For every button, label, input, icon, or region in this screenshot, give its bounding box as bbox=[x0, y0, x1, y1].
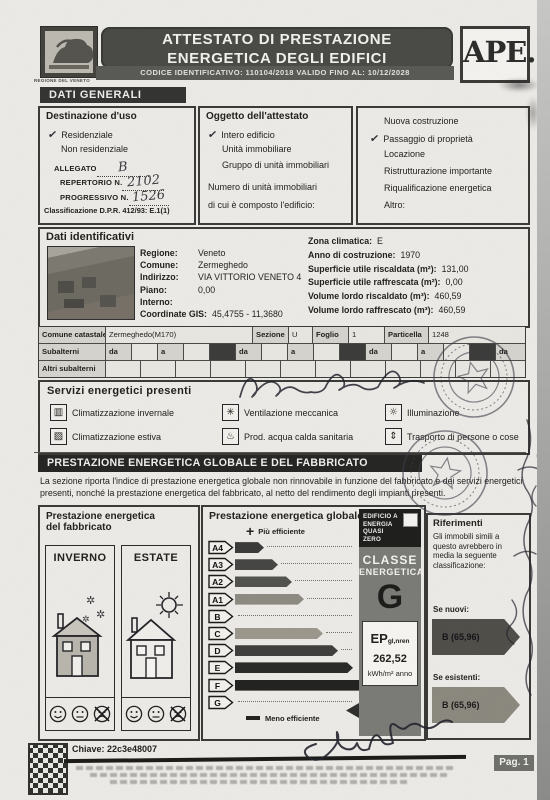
codice-identificativo-bar: CODICE IDENTIFICATIVO: 110104/2018 VALID… bbox=[96, 66, 454, 80]
scanner-background-edge bbox=[537, 0, 550, 800]
summer-rating-faces bbox=[122, 697, 190, 730]
numero-unita-line2: di cui è composto l'edificio: bbox=[208, 200, 315, 210]
ep-unit: kWh/m² anno bbox=[363, 669, 417, 678]
classe-value: G bbox=[359, 577, 421, 617]
service-item: ▨Climatizzazione estiva bbox=[50, 428, 161, 445]
panel-prestazione-fabbricato: Prestazione energetica del fabbricato IN… bbox=[38, 505, 200, 741]
class-bar bbox=[235, 662, 353, 673]
svg-text:E: E bbox=[215, 663, 221, 673]
neutral-face-icon bbox=[146, 704, 166, 724]
svg-text:F: F bbox=[215, 681, 220, 691]
svg-text:A3: A3 bbox=[212, 560, 223, 570]
class-row: A2 bbox=[208, 573, 356, 590]
bulb-icon: ☼ bbox=[385, 404, 402, 421]
fine-print-line bbox=[110, 780, 410, 784]
se-esistenti-label: Se esistenti: bbox=[433, 673, 480, 682]
sad-face-crossed-icon bbox=[168, 704, 188, 724]
field-row: Coordinate GIS:45,4755 - 11,3680 bbox=[140, 308, 308, 320]
building-photo bbox=[47, 246, 135, 320]
panel-title: Prestazione energetica del fabbricato bbox=[40, 507, 166, 533]
box-title: Oggetto dell'attestato bbox=[206, 111, 308, 122]
check-icon: ✓ bbox=[369, 131, 380, 145]
panel-riferimenti: Riferimenti Gli immobili simili a questo… bbox=[426, 513, 531, 740]
option-nuova-costruzione: Nuova costruzione bbox=[384, 116, 459, 126]
happy-face-icon bbox=[124, 704, 144, 724]
svg-text:G: G bbox=[214, 698, 221, 708]
field-row: Interno: bbox=[140, 296, 308, 308]
nzeb-label: EDIFICIO A ENERGIA QUASI ZERO bbox=[359, 509, 421, 547]
box-oggetto-attestato: Oggetto dell'attestato ✓Intero edificio … bbox=[198, 106, 353, 225]
box-servizi-energetici: Servizi energetici presenti ▥Climatizzaz… bbox=[38, 380, 530, 455]
ape-logo-text: APE. bbox=[463, 29, 527, 75]
ident-fields-right: Zona climatica:E Anno di costruzione:197… bbox=[308, 235, 524, 318]
catasto-table: Comune catastale Zermeghedo(M170) Sezion… bbox=[38, 326, 526, 378]
class-bar bbox=[235, 576, 292, 587]
inverno-label: INVERNO bbox=[46, 546, 114, 564]
neutral-face-icon bbox=[70, 704, 90, 724]
se-nuovi-label: Se nuovi: bbox=[433, 605, 469, 614]
plus-icon: + bbox=[246, 526, 254, 536]
svg-text:D: D bbox=[214, 646, 220, 656]
elevator-icon: ⇕ bbox=[385, 428, 402, 445]
energy-class-scale: +Più efficiente A4 A3 A2 A1 B C D E F G … bbox=[208, 524, 356, 723]
option-ristrutturazione: Ristrutturazione importante bbox=[384, 166, 492, 176]
table-row: Altri subalterni bbox=[39, 361, 525, 377]
panel-title: Riferimenti bbox=[428, 515, 529, 529]
service-item: ☼Illuminazione bbox=[385, 404, 460, 421]
option-riqualificazione: Riqualificazione energetica bbox=[384, 183, 492, 193]
field-row: Anno di costruzione:1970 bbox=[308, 249, 524, 263]
meno-efficiente-label: Meno efficiente bbox=[246, 714, 356, 723]
qr-code bbox=[28, 743, 68, 795]
class-row-current: G bbox=[208, 694, 356, 711]
section-dati-generali: DATI GENERALI bbox=[40, 87, 186, 103]
panel-prestazione-globale: Prestazione energetica globale +Più effi… bbox=[201, 505, 426, 741]
class-bar bbox=[235, 594, 304, 605]
piu-efficiente-label: +Più efficiente bbox=[246, 526, 356, 536]
ident-fields-left: Regione:Veneto Comune:Zermeghedo Indiriz… bbox=[140, 247, 308, 320]
svg-text:A4: A4 bbox=[212, 543, 223, 553]
option-intero-edificio: ✓Intero edificio bbox=[208, 128, 275, 141]
table-row: Comune catastale Zermeghedo(M170) Sezion… bbox=[39, 327, 525, 344]
field-row: Superficie utile raffrescata (m²):0,00 bbox=[308, 276, 524, 290]
field-row: Regione:Veneto bbox=[140, 247, 308, 259]
class-bar bbox=[235, 645, 338, 656]
se-nuovi-class-arrow: B (65,96) bbox=[432, 619, 520, 655]
ep-value-box: EPgl,nren 262,52 kWh/m² anno bbox=[362, 621, 418, 686]
class-row: A1 bbox=[208, 591, 356, 608]
option-unita-immobiliare: Unità immobiliare bbox=[222, 144, 292, 154]
winter-house-icon: ✲ ✲ ✲ bbox=[46, 578, 112, 688]
class-row: F bbox=[208, 677, 356, 694]
service-item: ⇕Trasporto di persone o cose bbox=[385, 428, 519, 445]
option-gruppo-unita: Gruppo di unità immobiliari bbox=[222, 160, 329, 170]
box-title: Destinazione d'uso bbox=[46, 111, 137, 122]
service-item: ♨Prod. acqua calda sanitaria bbox=[222, 428, 353, 445]
class-row: B bbox=[208, 608, 356, 625]
happy-face-icon bbox=[48, 704, 68, 724]
nzeb-checkbox bbox=[403, 513, 418, 527]
option-passaggio-proprieta: ✓Passaggio di proprietà bbox=[370, 132, 473, 145]
winter-rating-faces bbox=[46, 697, 114, 730]
ep-value: 262,52 bbox=[363, 653, 417, 665]
progressivo-handwritten-value: 1526 bbox=[132, 188, 166, 206]
class-bar bbox=[235, 628, 323, 639]
class-bar bbox=[235, 680, 366, 691]
class-row: D bbox=[208, 642, 356, 659]
field-row: Zona climatica:E bbox=[308, 235, 524, 249]
radiator-icon: ▥ bbox=[50, 404, 67, 421]
box-title: Dati identificativi bbox=[46, 231, 134, 243]
scan-smudge bbox=[498, 78, 540, 92]
svg-text:✲: ✲ bbox=[86, 594, 95, 607]
inverno-box: INVERNO ✲ ✲ ✲ bbox=[45, 545, 115, 731]
fine-print-line bbox=[90, 773, 450, 777]
field-row: Piano:0,00 bbox=[140, 284, 308, 296]
service-item: ✳Ventilazione meccanica bbox=[222, 404, 338, 421]
fine-print-line bbox=[76, 766, 456, 770]
svg-text:C: C bbox=[214, 629, 220, 639]
service-item: ▥Climatizzazione invernale bbox=[50, 404, 174, 421]
check-icon: ✓ bbox=[207, 127, 218, 141]
svg-text:A1: A1 bbox=[212, 595, 223, 605]
svg-text:✲: ✲ bbox=[96, 608, 105, 621]
class-result-column: EDIFICIO A ENERGIA QUASI ZERO CLASSE ENE… bbox=[359, 509, 421, 736]
riferimenti-text: Gli immobili simili a questo avrebbero i… bbox=[433, 532, 523, 570]
field-row: Superficie utile riscaldata (m²):131,00 bbox=[308, 263, 524, 277]
svg-text:B: B bbox=[214, 612, 220, 622]
svg-text:A2: A2 bbox=[212, 577, 223, 587]
field-row: Indirizzo:VIA VITTORIO VENETO 4 bbox=[140, 271, 308, 283]
class-row: E bbox=[208, 659, 356, 676]
class-row: C bbox=[208, 625, 356, 642]
summer-house-icon bbox=[122, 578, 188, 688]
chiave-text: Chiave: 22c3e48007 bbox=[72, 744, 157, 754]
class-row: A3 bbox=[208, 556, 356, 573]
option-non-residenziale: Non residenziale bbox=[61, 144, 128, 154]
dash-icon bbox=[246, 716, 260, 720]
sad-face-crossed-icon bbox=[92, 704, 112, 724]
field-row: Comune:Zermeghedo bbox=[140, 259, 308, 271]
divider bbox=[64, 755, 466, 763]
class-bar bbox=[235, 542, 264, 553]
ac-icon: ▨ bbox=[50, 428, 67, 445]
scanned-certificate: { "glyphs": { "check": "\u2713", "plus":… bbox=[0, 0, 550, 800]
lion-of-st-mark-icon bbox=[41, 27, 97, 77]
field-row: Volume lordo riscaldato (m³):460,59 bbox=[308, 290, 524, 304]
se-esistenti-class-arrow: B (65,96) bbox=[432, 687, 520, 723]
option-locazione: Locazione bbox=[384, 149, 425, 159]
classe-energetica: CLASSE ENERGETICA G bbox=[359, 547, 421, 617]
page-number-badge: Pag. 1 bbox=[494, 755, 534, 771]
box-dati-identificativi: Dati identificativi Regione:Veneto Comun… bbox=[38, 227, 530, 328]
classificazione-dpr: Classificazione D.P.R. 412/93: E.1(1) bbox=[44, 206, 170, 215]
divider bbox=[34, 452, 526, 453]
title-line1: ATTESTATO DI PRESTAZIONE bbox=[101, 30, 453, 49]
paper-page: REGIONE DEL VENETO ATTESTATO DI PRESTAZI… bbox=[0, 0, 538, 800]
class-row: A4 bbox=[208, 539, 356, 556]
numero-unita-line1: Numero di unità immobiliari bbox=[208, 182, 317, 192]
section-prestazione-energetica: PRESTAZIONE ENERGETICA GLOBALE E DEL FAB… bbox=[38, 455, 422, 472]
option-residenziale: ✓Residenziale bbox=[48, 128, 113, 141]
ape-logo: APE. bbox=[460, 26, 530, 83]
estate-label: ESTATE bbox=[122, 546, 190, 564]
progressivo-row: PROGRESSIVO N.1526 bbox=[60, 187, 169, 206]
box-destinazione-uso: Destinazione d'uso ✓Residenziale Non res… bbox=[38, 106, 196, 225]
box-motivazione: Nuova costruzione ✓Passaggio di propriet… bbox=[356, 106, 530, 225]
field-row: Volume lordo raffrescato (m³):460,59 bbox=[308, 304, 524, 318]
option-altro: Altro: bbox=[384, 200, 405, 210]
prestazione-descrizione: La sezione riporta l'indice di prestazio… bbox=[40, 476, 524, 499]
estate-box: ESTATE bbox=[121, 545, 191, 731]
hot-water-icon: ♨ bbox=[222, 428, 239, 445]
regione-veneto-logo bbox=[40, 26, 98, 78]
fan-icon: ✳ bbox=[222, 404, 239, 421]
check-icon: ✓ bbox=[47, 127, 58, 141]
class-bar bbox=[235, 559, 278, 570]
table-row: Subalterni da a da a da a da bbox=[39, 344, 525, 361]
document-title: ATTESTATO DI PRESTAZIONE ENERGETICA DEGL… bbox=[101, 27, 453, 69]
box-title: Servizi energetici presenti bbox=[47, 385, 191, 397]
